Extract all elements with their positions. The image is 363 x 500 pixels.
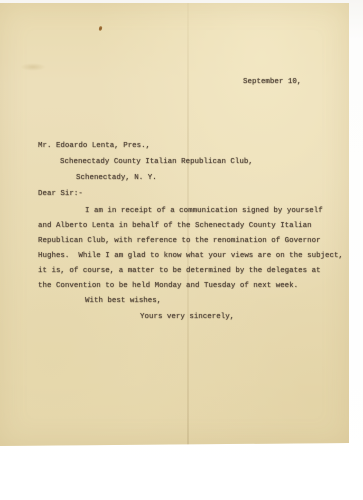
recipient-org-line: Schenectady County Italian Republican Cl… (60, 156, 253, 168)
body-line: the Convention to be held Monday and Tue… (38, 280, 298, 292)
paper-stain (99, 26, 103, 32)
letter-scan: September 10, Mr. Edoardo Lenta, Pres., … (0, 0, 363, 500)
body-line: Republican Club, with reference to the r… (38, 235, 321, 247)
body-line: it is, of course, a matter to be determi… (38, 265, 321, 277)
recipient-city-line: Schenectady, N. Y. (76, 172, 157, 184)
body-line: Hughes. While I am glad to know what you… (38, 250, 343, 262)
paper-smudge (20, 63, 46, 71)
salutation: Dear Sir:- (38, 188, 83, 200)
closing-wishes: With best wishes, (85, 295, 161, 307)
letter-paper: September 10, Mr. Edoardo Lenta, Pres., … (0, 3, 349, 446)
recipient-name-line: Mr. Edoardo Lenta, Pres., (38, 140, 150, 152)
closing-signoff: Yours very sincerely, (140, 311, 234, 323)
body-line: and Alberto Lenta in behalf of the Schen… (38, 220, 312, 232)
letter-date: September 10, (243, 76, 301, 88)
body-line: I am in receipt of a communication signe… (85, 205, 323, 217)
